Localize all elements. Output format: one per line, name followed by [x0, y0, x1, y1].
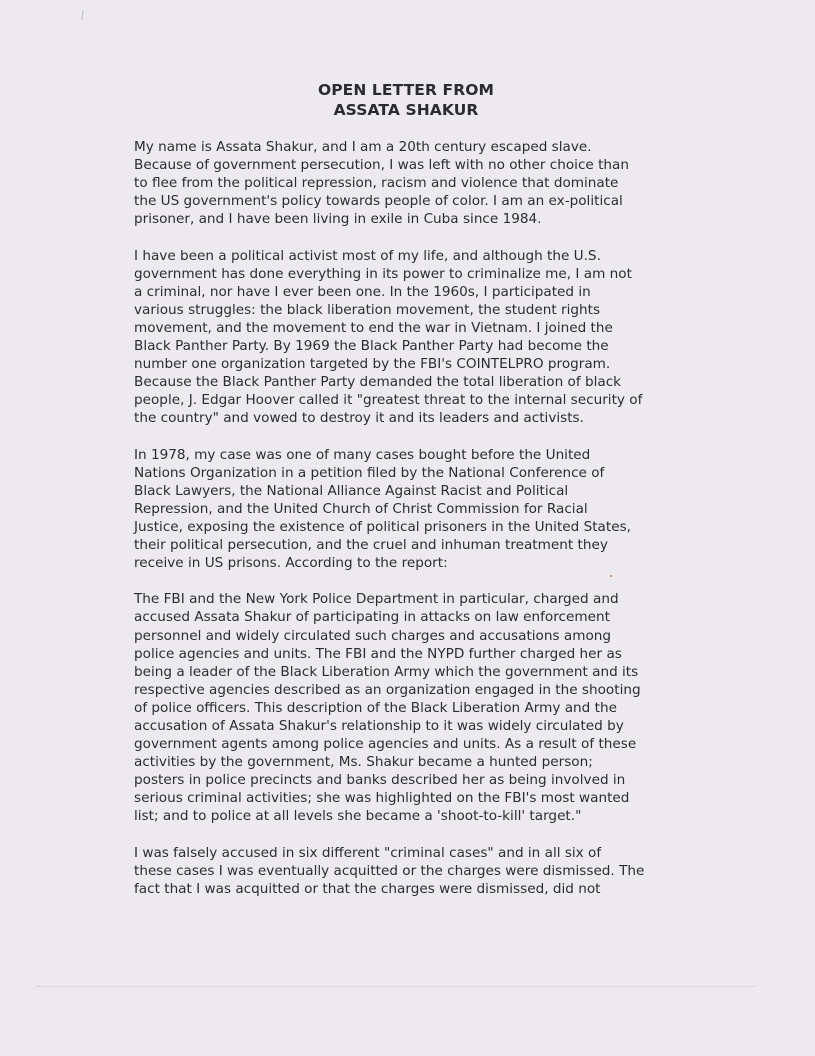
- text-line: accused Assata Shakur of participating i…: [134, 608, 694, 626]
- text-line: Black Panther Party. By 1969 the Black P…: [134, 337, 694, 355]
- text-line: Because of government persecution, I was…: [134, 156, 694, 174]
- text-line: receive in US prisons. According to the …: [134, 554, 694, 572]
- text-line: In 1978, my case was one of many cases b…: [134, 446, 694, 464]
- text-line: being a leader of the Black Liberation A…: [134, 663, 694, 681]
- scan-artifact-mark: [81, 10, 83, 20]
- text-line: personnel and widely circulated such cha…: [134, 627, 694, 645]
- text-line: fact that I was acquitted or that the ch…: [134, 880, 694, 898]
- text-line: Because the Black Panther Party demanded…: [134, 373, 694, 391]
- text-line: of police officers. This description of …: [134, 699, 694, 717]
- paragraph-activism: I have been a political activist most of…: [134, 247, 694, 428]
- text-line: various struggles: the black liberation …: [134, 301, 694, 319]
- text-line: activities by the government, Ms. Shakur…: [134, 753, 694, 771]
- text-line: Nations Organization in a petition filed…: [134, 464, 694, 482]
- paragraph-false-accusations: I was falsely accused in six different "…: [134, 844, 694, 898]
- text-line: accusation of Assata Shakur's relationsh…: [134, 717, 694, 735]
- letter-title: OPEN LETTER FROM ASSATA SHAKUR: [0, 80, 812, 120]
- text-line: a criminal, nor have I ever been one. In…: [134, 283, 694, 301]
- scan-dotted-artifact: [36, 986, 756, 988]
- text-line: list; and to police at all levels she be…: [134, 807, 694, 825]
- letter-body: My name is Assata Shakur, and I am a 20t…: [134, 138, 694, 916]
- text-line: number one organization targeted by the …: [134, 355, 694, 373]
- paragraph-intro: My name is Assata Shakur, and I am a 20t…: [134, 138, 694, 228]
- title-line-1: OPEN LETTER FROM: [0, 80, 812, 100]
- scan-speck: [610, 575, 612, 577]
- text-line: Repression, and the United Church of Chr…: [134, 500, 694, 518]
- text-line: Justice, exposing the existence of polit…: [134, 518, 694, 536]
- text-line: people, J. Edgar Hoover called it "great…: [134, 391, 694, 409]
- text-line: these cases I was eventually acquitted o…: [134, 862, 694, 880]
- text-line: their political persecution, and the cru…: [134, 536, 694, 554]
- text-line: I have been a political activist most of…: [134, 247, 694, 265]
- text-line: government has done everything in its po…: [134, 265, 694, 283]
- text-line: I was falsely accused in six different "…: [134, 844, 694, 862]
- text-line: to flee from the political repression, r…: [134, 174, 694, 192]
- text-line: movement, and the movement to end the wa…: [134, 319, 694, 337]
- text-line: police agencies and units. The FBI and t…: [134, 645, 694, 663]
- text-line: the country" and vowed to destroy it and…: [134, 409, 694, 427]
- text-line: respective agencies described as an orga…: [134, 681, 694, 699]
- text-line: serious criminal activities; she was hig…: [134, 789, 694, 807]
- scanned-page: OPEN LETTER FROM ASSATA SHAKUR My name i…: [0, 0, 815, 1056]
- text-line: posters in police precincts and banks de…: [134, 771, 694, 789]
- paragraph-report-quote: The FBI and the New York Police Departme…: [134, 590, 694, 825]
- title-line-2: ASSATA SHAKUR: [0, 100, 812, 120]
- paragraph-un-petition: In 1978, my case was one of many cases b…: [134, 446, 694, 573]
- text-line: Black Lawyers, the National Alliance Aga…: [134, 482, 694, 500]
- text-line: prisoner, and I have been living in exil…: [134, 210, 694, 228]
- text-line: the US government's policy towards peopl…: [134, 192, 694, 210]
- text-line: My name is Assata Shakur, and I am a 20t…: [134, 138, 694, 156]
- text-line: government agents among police agencies …: [134, 735, 694, 753]
- text-line: The FBI and the New York Police Departme…: [134, 590, 694, 608]
